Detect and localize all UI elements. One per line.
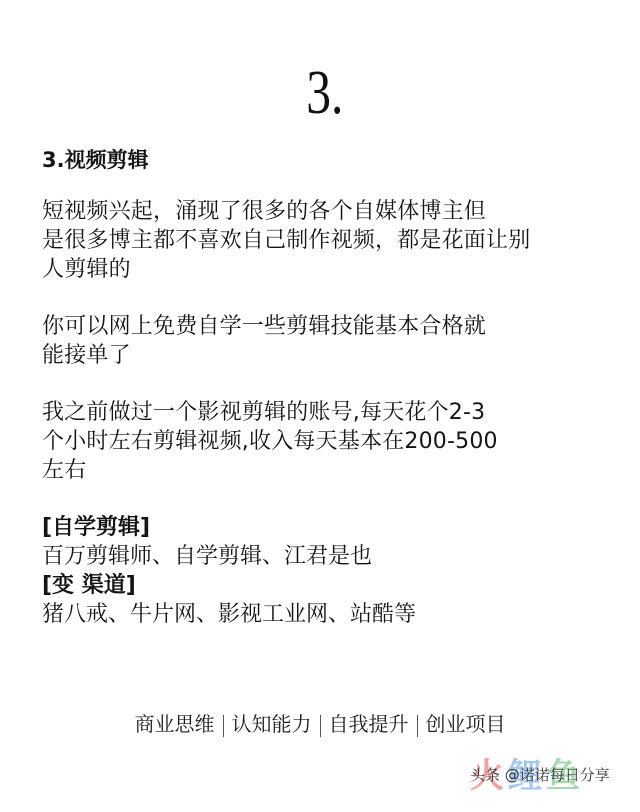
tag-label: [变 渠道] [42,571,622,600]
watermark-text: 头条 @诺诺每日分享 [470,764,610,786]
divider [320,715,321,737]
footer-item: 自我提升 [329,712,409,736]
footer-topics: 商业思维认知能力自我提升创业项目 [0,710,640,738]
divider [417,715,418,737]
tag-label: [自学剪辑] [42,513,622,542]
section-number: 3. [64,62,576,124]
divider [223,715,224,737]
paragraph: 短视频兴起，涌现了很多的各个自媒体博主但 是很多博主都不喜欢自己制作视频，都是花… [42,197,622,284]
tag-body: 百万剪辑师、自学剪辑、江君是也 [42,542,622,571]
footer-item: 创业项目 [426,712,506,736]
article-body: 3.视频剪辑 短视频兴起，涌现了很多的各个自媒体博主但 是很多博主都不喜欢自己制… [42,145,622,629]
watermark: 火鲤鱼 头条 @诺诺每日分享 [470,754,630,798]
paragraph: 我之前做过一个影视剪辑的账号,每天花个2-3 个小时左右剪辑视频,收入每天基本在… [42,398,622,485]
paragraph: 你可以网上免费自学一些剪辑技能基本合格就 能接单了 [42,312,622,370]
footer-item: 认知能力 [232,712,312,736]
tag-body: 猪八戒、牛片网、影视工业网、站酷等 [42,600,622,629]
footer-item: 商业思维 [135,712,215,736]
section-title: 3.视频剪辑 [42,145,622,175]
